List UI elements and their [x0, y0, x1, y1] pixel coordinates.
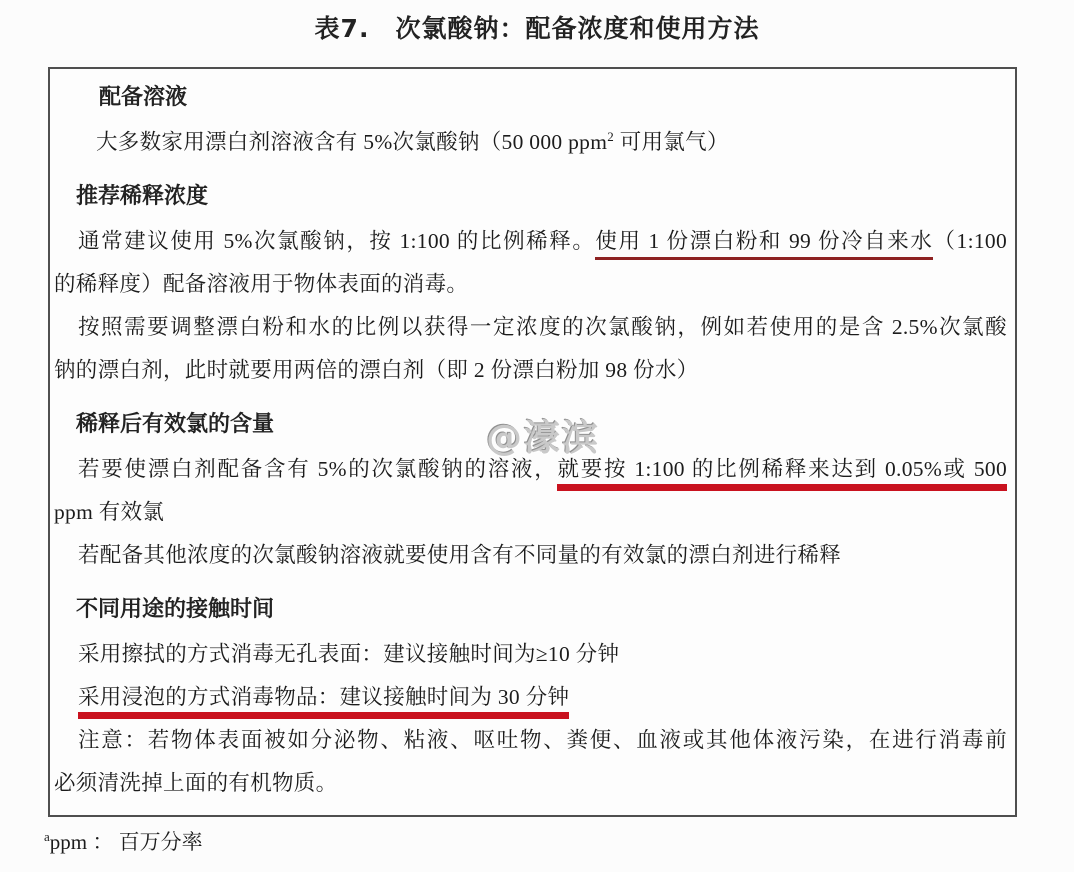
table-border-box: 配备溶液 大多数家用漂白剂溶液含有 5%次氯酸钠（50 000 ppm2 可用氯… — [48, 67, 1017, 817]
text-run: 通常建议使用 5%次氯酸钠，按 1:100 的比例稀释。 — [78, 229, 595, 253]
paragraph-line: 大多数家用漂白剂溶液含有 5%次氯酸钠（50 000 ppm2 可用氯气） — [54, 121, 1007, 164]
paragraph-line: 采用浸泡的方式消毒物品：建议接触时间为 30 分钟 — [54, 676, 1007, 719]
text-run: （1:100 — [933, 229, 1007, 253]
section-heading-prepare-solution: 配备溶液 — [99, 83, 1007, 113]
paragraph-line: 采用擦拭的方式消毒无孔表面：建议接触时间为≥10 分钟 — [54, 633, 1007, 676]
paragraph-line: 的稀释度）配备溶液用于物体表面的消毒。 — [54, 263, 1007, 306]
paragraph-line: 若配备其他浓度的次氯酸钠溶液就要使用含有不同量的有效氯的漂白剂进行稀释 — [54, 534, 1007, 577]
red-underline-segment: 使用 1 份漂白粉和 99 份冷自来水 — [595, 229, 933, 260]
text-run: 若要使漂白剂配备含有 5%的次氯酸钠的溶液， — [78, 457, 557, 481]
paragraph-line: 注意：若物体表面被如分泌物、粘液、呕吐物、粪便、血液或其他体液污染，在进行消毒前 — [54, 719, 1007, 762]
paragraph-line: 通常建议使用 5%次氯酸钠，按 1:100 的比例稀释。使用 1 份漂白粉和 9… — [54, 220, 1007, 263]
paragraph-line: 必须清洗掉上面的有机物质。 — [54, 762, 1007, 805]
text-run: 大多数家用漂白剂溶液含有 5%次氯酸钠（50 000 ppm — [96, 130, 607, 154]
paragraph-line: ppm 有效氯 — [54, 491, 1007, 534]
red-underline-segment: 采用浸泡的方式消毒物品：建议接触时间为 30 分钟 — [78, 685, 569, 719]
document-title: 表7. 次氯酸钠：配备浓度和使用方法 — [0, 0, 1074, 45]
paragraph-line: 按照需要调整漂白粉和水的比例以获得一定浓度的次氯酸钠，例如若使用的是含 2.5%… — [54, 306, 1007, 349]
paragraph-line: 若要使漂白剂配备含有 5%的次氯酸钠的溶液，就要按 1:100 的比例稀释来达到… — [54, 448, 1007, 491]
footnote-text: ppm ： 百万分率 — [50, 830, 203, 854]
red-underline-segment: 就要按 1:100 的比例稀释来达到 0.05%或 500 — [557, 457, 1007, 491]
section-heading-recommended-dilution: 推荐稀释浓度 — [76, 182, 1007, 212]
paragraph-line: 钠的漂白剂，此时就要用两倍的漂白剂（即 2 份漂白粉加 98 份水） — [54, 349, 1007, 392]
section-heading-contact-time: 不同用途的接触时间 — [76, 595, 1007, 625]
text-run: 可用氯气） — [614, 130, 729, 154]
footnote: appm ： 百万分率 — [44, 827, 1074, 857]
section-heading-available-chlorine: 稀释后有效氯的含量 — [76, 410, 1007, 440]
